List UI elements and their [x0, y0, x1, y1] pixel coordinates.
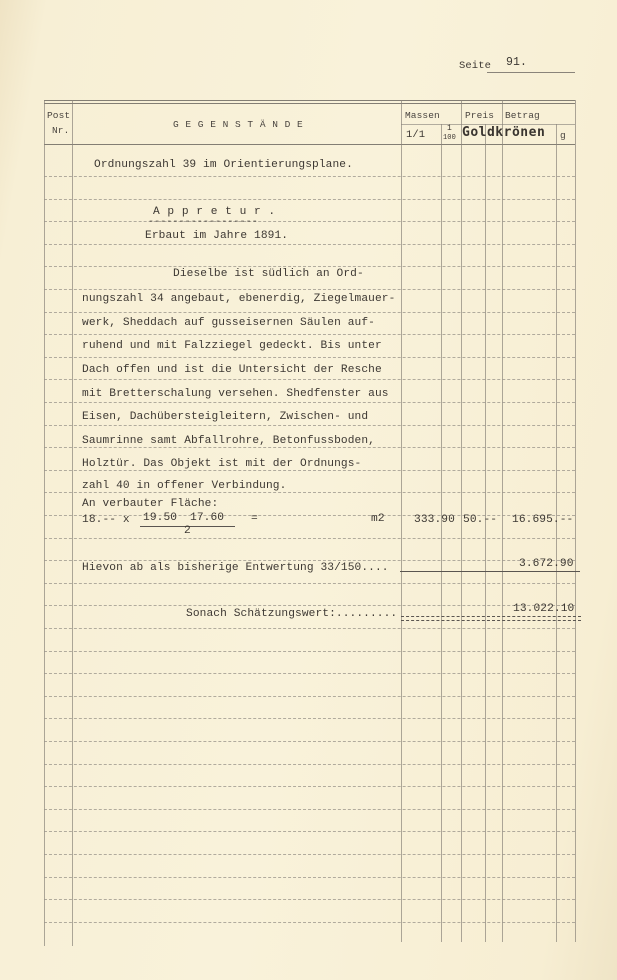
ruled-line [44, 425, 575, 426]
ruled-line [44, 831, 575, 832]
desc-line-6: mit Bretterschalung versehen. Shedfenste… [82, 388, 389, 400]
calc-equals: = [251, 513, 258, 525]
calc-betrag-value: 16.695.-- [512, 514, 573, 526]
ruled-line [44, 605, 575, 606]
desc-line-5: Dach offen und ist die Untersicht der Re… [82, 364, 382, 376]
header-preis: Preis [465, 110, 494, 121]
col-border-right [575, 100, 576, 942]
calc-numerator-b: 17.60 [190, 512, 224, 524]
desc-line-8: Saumrinne samt Abfallrohre, Betonfussbod… [82, 435, 375, 447]
ruled-line [44, 470, 575, 471]
ruled-line [44, 289, 575, 290]
col-border-massen-sub [441, 124, 442, 942]
ruled-line [44, 583, 575, 584]
page-number-underline [487, 72, 575, 73]
col-border-massen [401, 100, 402, 942]
calc-denominator: 2 [184, 525, 191, 537]
col-border-preis [461, 100, 462, 942]
col-border-preis-sub [485, 124, 486, 942]
ruled-line [44, 764, 575, 765]
ruled-line [44, 379, 575, 380]
calc-numerator-a: 19.50 [143, 512, 177, 524]
ruled-line [44, 877, 575, 878]
ruled-line [44, 221, 575, 222]
page-label: Seite [459, 60, 491, 72]
ruled-line [44, 718, 575, 719]
total-double-underline [401, 616, 581, 621]
ruled-line [44, 176, 575, 177]
total-betrag-value: 13.022.10 [513, 603, 574, 615]
header-gegenstaende: G E G E N S T Ä N D E [173, 119, 303, 130]
calc-unit: m2 [371, 513, 385, 525]
desc-line-1: Dieselbe ist südlich an Ord- [173, 268, 364, 280]
line-ordnungszahl: Ordnungszahl 39 im Orientierungsplane. [94, 159, 353, 171]
ruled-line [44, 673, 575, 674]
header-betrag: Betrag [505, 110, 540, 121]
col-border-left [44, 100, 45, 946]
ruled-line [44, 199, 575, 200]
ruled-line [44, 696, 575, 697]
header-post: Post [47, 110, 70, 121]
ruled-line [44, 538, 575, 539]
total-label: Sonach Schätzungswert:......... [186, 608, 397, 620]
header-currency-g: g [560, 130, 566, 141]
ruled-line [44, 334, 575, 335]
ruled-line [44, 312, 575, 313]
ruled-line [44, 492, 575, 493]
ruled-line [44, 809, 575, 810]
header-massen-frac-den: 100 [443, 134, 456, 142]
desc-line-11: An verbauter Fläche: [82, 498, 218, 510]
calc-preis-value: 50.-- [463, 514, 497, 526]
desc-line-7: Eisen, Dachübersteigleitern, Zwischen- u… [82, 411, 368, 423]
ruled-line [44, 786, 575, 787]
ruled-line [44, 244, 575, 245]
header-massen-frac-num: 1 [447, 124, 452, 133]
line-erbaut: Erbaut im Jahre 1891. [145, 230, 288, 242]
ruled-line [44, 854, 575, 855]
col-border-post [72, 100, 73, 946]
desc-line-9: Holztür. Das Objekt ist mit der Ordnungs… [82, 458, 361, 470]
ruled-line [44, 266, 575, 267]
line-appretur-underline: ------------------ [148, 217, 258, 228]
ruled-line [44, 447, 575, 448]
ruled-line [44, 402, 575, 403]
col-border-betrag [502, 100, 503, 942]
deduction-label: Hievon ab als bisherige Entwertung 33/15… [82, 562, 389, 574]
deduction-betrag-value: 3.672.90 [519, 558, 574, 570]
desc-line-10: zahl 40 in offener Verbindung. [82, 480, 286, 492]
desc-line-2: nungszahl 34 angebaut, ebenerdig, Ziegel… [82, 293, 395, 305]
ruled-line [44, 922, 575, 923]
header-currency: Goldkrönen [462, 125, 545, 140]
calc-massen-value: 333.90 [414, 514, 455, 526]
col-border-betrag-sub [556, 124, 557, 942]
ruled-line [44, 741, 575, 742]
calc-factor: 18.-- x [82, 514, 130, 526]
ruled-line [44, 628, 575, 629]
ruled-line [44, 560, 575, 561]
deduction-underline [400, 571, 580, 572]
desc-line-3: werk, Sheddach auf gusseisernen Säulen a… [82, 317, 375, 329]
desc-line-4: ruhend und mit Falzziegel gedeckt. Bis u… [82, 340, 382, 352]
header-nr: Nr. [52, 125, 69, 136]
page-number: 91. [506, 56, 527, 69]
ruled-line [44, 357, 575, 358]
header-massen-whole: 1/1 [406, 129, 425, 141]
ruled-line [44, 651, 575, 652]
ruled-line [44, 899, 575, 900]
header-massen: Massen [405, 110, 440, 121]
